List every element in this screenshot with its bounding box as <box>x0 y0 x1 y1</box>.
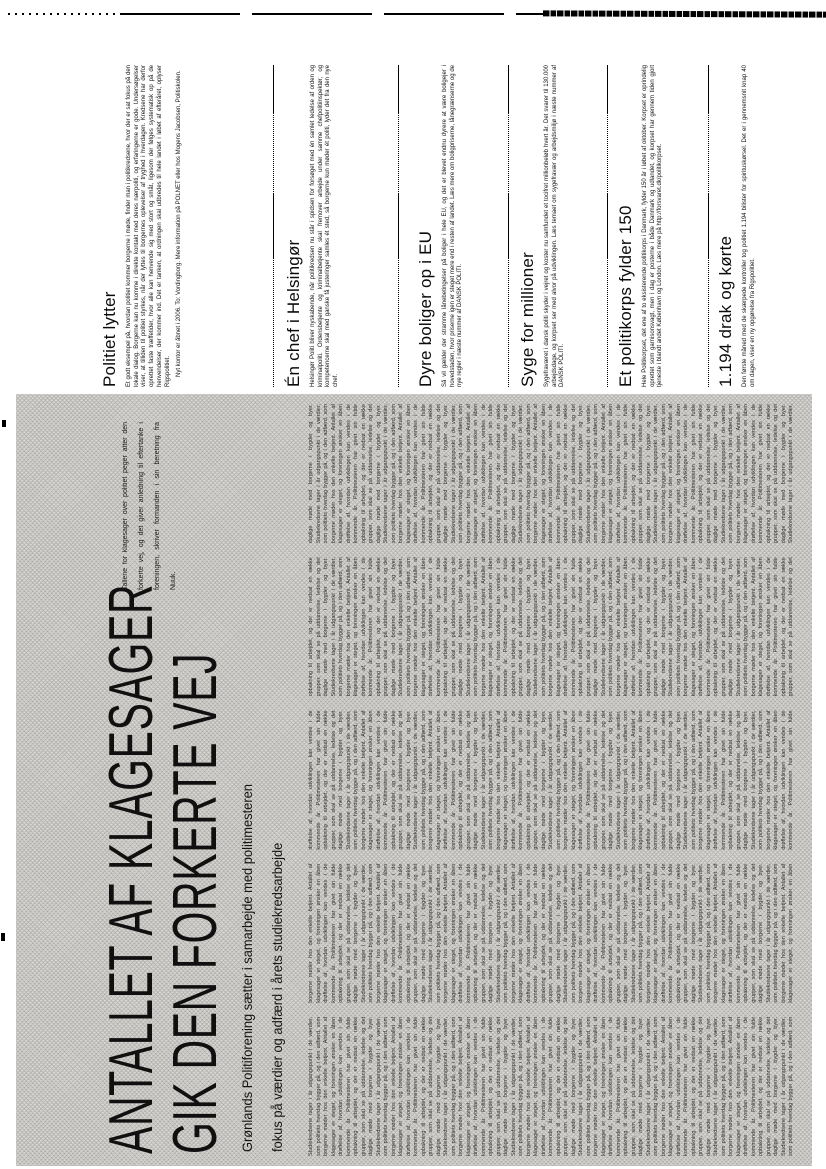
brief-divider <box>707 65 709 387</box>
brief-divider <box>397 65 399 387</box>
brief-divider <box>507 65 509 387</box>
brief-en-chef-i-helsingor: Én chef i Helsingør Helsingør Politi bli… <box>284 65 341 387</box>
article-standfirst: Grønlands Politiforening sætter i samarb… <box>232 752 292 1152</box>
brief-syge-for-millioner: Syge for millioner Sygefraværet i dansk … <box>518 65 567 387</box>
standfirst-line-2: fokus på værdier og adfærd i årets studi… <box>262 843 292 1152</box>
brief-body: Den første måned med de skærpede kontrol… <box>742 65 757 387</box>
scanned-newspaper-page: ANTALLET AF KLAGESAGER GIK DEN FORKERTE … <box>0 0 826 1169</box>
main-article-block: ANTALLET AF KLAGESAGER GIK DEN FORKERTE … <box>16 394 812 1166</box>
brief-1194-drak-og-korte: 1.194 drak og kørte Den første måned med… <box>716 65 757 387</box>
brief-et-politikorps-fylder-150: Et politikorps fylder 150 Hele Politikor… <box>616 65 665 387</box>
brief-title: 1.194 drak og kørte <box>716 65 736 387</box>
standfirst-line-1: Grønlands Politiforening sætter i samarb… <box>232 784 262 1152</box>
headline-line-1: ANTALLET AF KLAGESAGER <box>100 584 164 1154</box>
brief-note: Nyt kontor er åbnet i 2006. To: Vordingb… <box>176 65 184 387</box>
brief-title: Én chef i Helsingør <box>284 65 304 387</box>
brief-body: Helsingør Politi bliver nyskabende, når … <box>310 65 341 387</box>
headline-line-2: GIK DEN FORKERTE VEJ <box>164 653 228 1154</box>
brief-divider <box>272 65 274 387</box>
brief-dyre-boliger-op-i-eu: Dyre boliger op i EU Så vil gælder der s… <box>416 65 465 387</box>
brief-body: Et godt eksempel på, hvordan politiet ko… <box>126 65 172 387</box>
brief-body: Hele Politikorpset, det ene af to eksist… <box>642 65 665 387</box>
brief-title: Dyre boliger op i EU <box>416 65 436 387</box>
brief-divider <box>606 65 608 387</box>
brief-body: Sygefraværet i dansk politi skyder i vej… <box>544 65 567 387</box>
article-lede: Tallene for klagesager over politiet peg… <box>118 422 182 590</box>
brief-body: Så vil gælder der stramme lånebetingelse… <box>442 65 465 387</box>
news-briefs-column: Politiet lytter Et godt eksempel på, hvo… <box>0 65 826 387</box>
brief-title: Et politikorps fylder 150 <box>616 65 636 387</box>
brief-title: Politiet lytter <box>100 65 120 387</box>
brief-title: Syge for millioner <box>518 65 538 387</box>
rotated-page-content: ANTALLET AF KLAGESAGER GIK DEN FORKERTE … <box>0 0 826 1169</box>
brief-politiet-lytter: Politiet lytter Et godt eksempel på, hvo… <box>100 65 184 387</box>
article-body-text: Studiekredsene tager i år udgangspunkt i… <box>308 404 800 1156</box>
